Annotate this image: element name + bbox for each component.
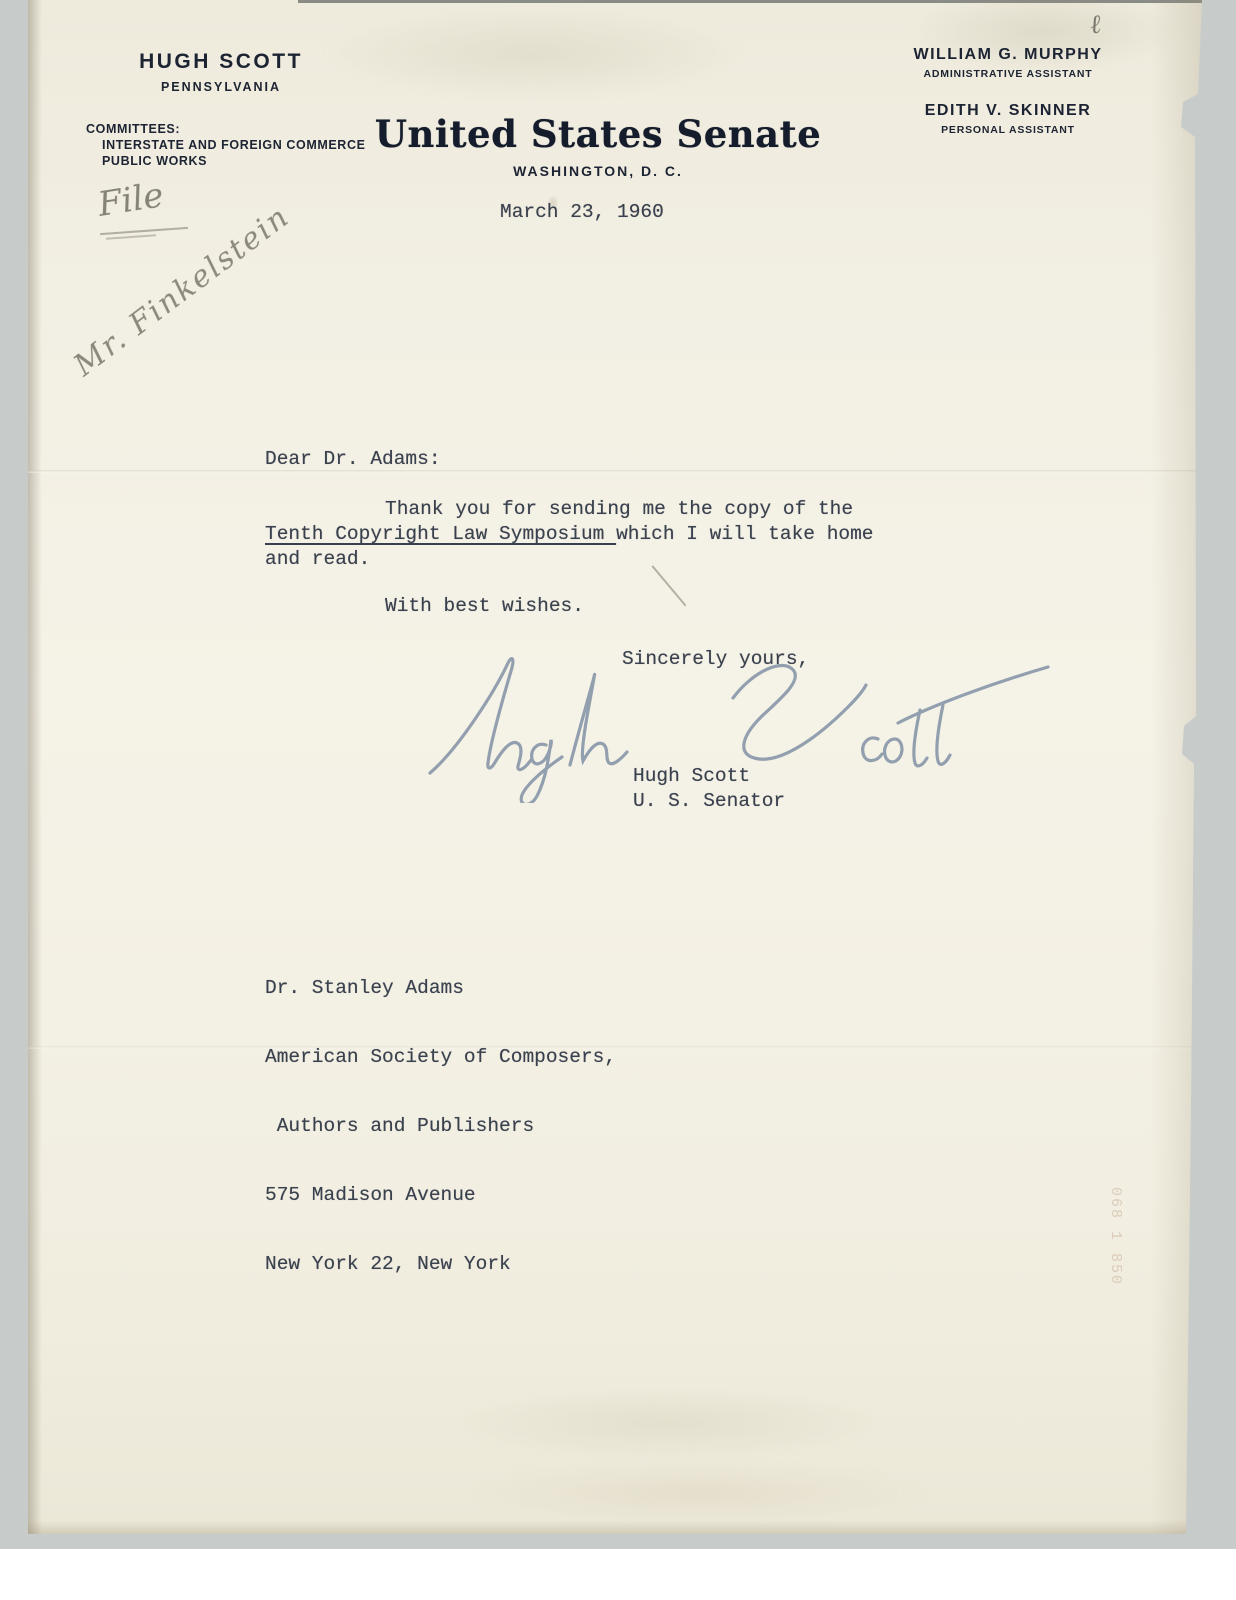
committee-item: PUBLIC WORKS bbox=[86, 153, 366, 169]
recipient-line: New York 22, New York bbox=[265, 1252, 616, 1277]
pencil-underline bbox=[100, 227, 188, 235]
recipient-line: 575 Madison Avenue bbox=[265, 1183, 616, 1208]
recipient-line: Authors and Publishers bbox=[265, 1114, 616, 1139]
letter-date: March 23, 1960 bbox=[500, 201, 664, 223]
body-line: Thank you for sending me the copy of the bbox=[385, 498, 853, 520]
recipient-line: Dr. Stanley Adams bbox=[265, 976, 616, 1001]
body-line: and read. bbox=[265, 548, 370, 570]
closing-line: With best wishes. bbox=[385, 595, 584, 617]
staff-title: PERSONAL ASSISTANT bbox=[858, 124, 1158, 136]
underlined-title: Tenth Copyright Law Symposium bbox=[265, 523, 616, 545]
committees-label: COMMITTEES: bbox=[86, 121, 366, 137]
typed-signer-name: Hugh Scott bbox=[633, 765, 750, 787]
sender-block: HUGH SCOTT PENNSYLVANIA bbox=[90, 50, 352, 94]
bleedthrough-smudge bbox=[448, 1388, 888, 1458]
sender-name: HUGH SCOTT bbox=[90, 50, 352, 74]
scan-bottom-margin bbox=[0, 1549, 1236, 1600]
body-line-rest: which I will take home bbox=[616, 523, 873, 545]
staff-title: ADMINISTRATIVE ASSISTANT bbox=[858, 68, 1158, 80]
typed-signer-title: U. S. Senator bbox=[633, 790, 785, 812]
recipient-address-block: Dr. Stanley Adams American Society of Co… bbox=[265, 932, 616, 1321]
staff-entry: WILLIAM G. MURPHY ADMINISTRATIVE ASSISTA… bbox=[858, 46, 1158, 80]
institution-location: WASHINGTON, D. C. bbox=[328, 163, 868, 179]
sender-state: PENNSYLVANIA bbox=[90, 80, 352, 94]
bleedthrough-smudge bbox=[318, 8, 748, 100]
pencil-check-stroke bbox=[651, 566, 686, 607]
faint-edge-stamp: 068 1 850 bbox=[1107, 1187, 1124, 1286]
pencil-file-note: File bbox=[95, 175, 166, 225]
letter-paper: HUGH SCOTT PENNSYLVANIA COMMITTEES: INTE… bbox=[28, 0, 1208, 1534]
staff-entry: EDITH V. SKINNER PERSONAL ASSISTANT bbox=[858, 102, 1158, 136]
recipient-line: American Society of Composers, bbox=[265, 1045, 616, 1070]
staff-block: WILLIAM G. MURPHY ADMINISTRATIVE ASSISTA… bbox=[858, 46, 1158, 136]
paper-bottom-edge-shadow bbox=[28, 1520, 1208, 1534]
fold-crease bbox=[28, 1046, 1208, 1049]
institution-name: United States Senate bbox=[328, 112, 868, 156]
committee-item: INTERSTATE AND FOREIGN COMMERCE bbox=[86, 137, 366, 153]
institution-block: United States Senate WASHINGTON, D. C. bbox=[328, 112, 868, 179]
body-line: Tenth Copyright Law Symposium which I wi… bbox=[265, 523, 874, 545]
pencil-underline bbox=[106, 234, 156, 239]
fold-crease bbox=[28, 470, 1208, 473]
bleedthrough-smudge bbox=[458, 1462, 938, 1524]
salutation: Dear Dr. Adams: bbox=[265, 448, 441, 470]
staff-name: WILLIAM G. MURPHY bbox=[858, 46, 1158, 64]
committees-block: COMMITTEES: INTERSTATE AND FOREIGN COMME… bbox=[86, 121, 366, 169]
staff-name: EDITH V. SKINNER bbox=[858, 102, 1158, 120]
